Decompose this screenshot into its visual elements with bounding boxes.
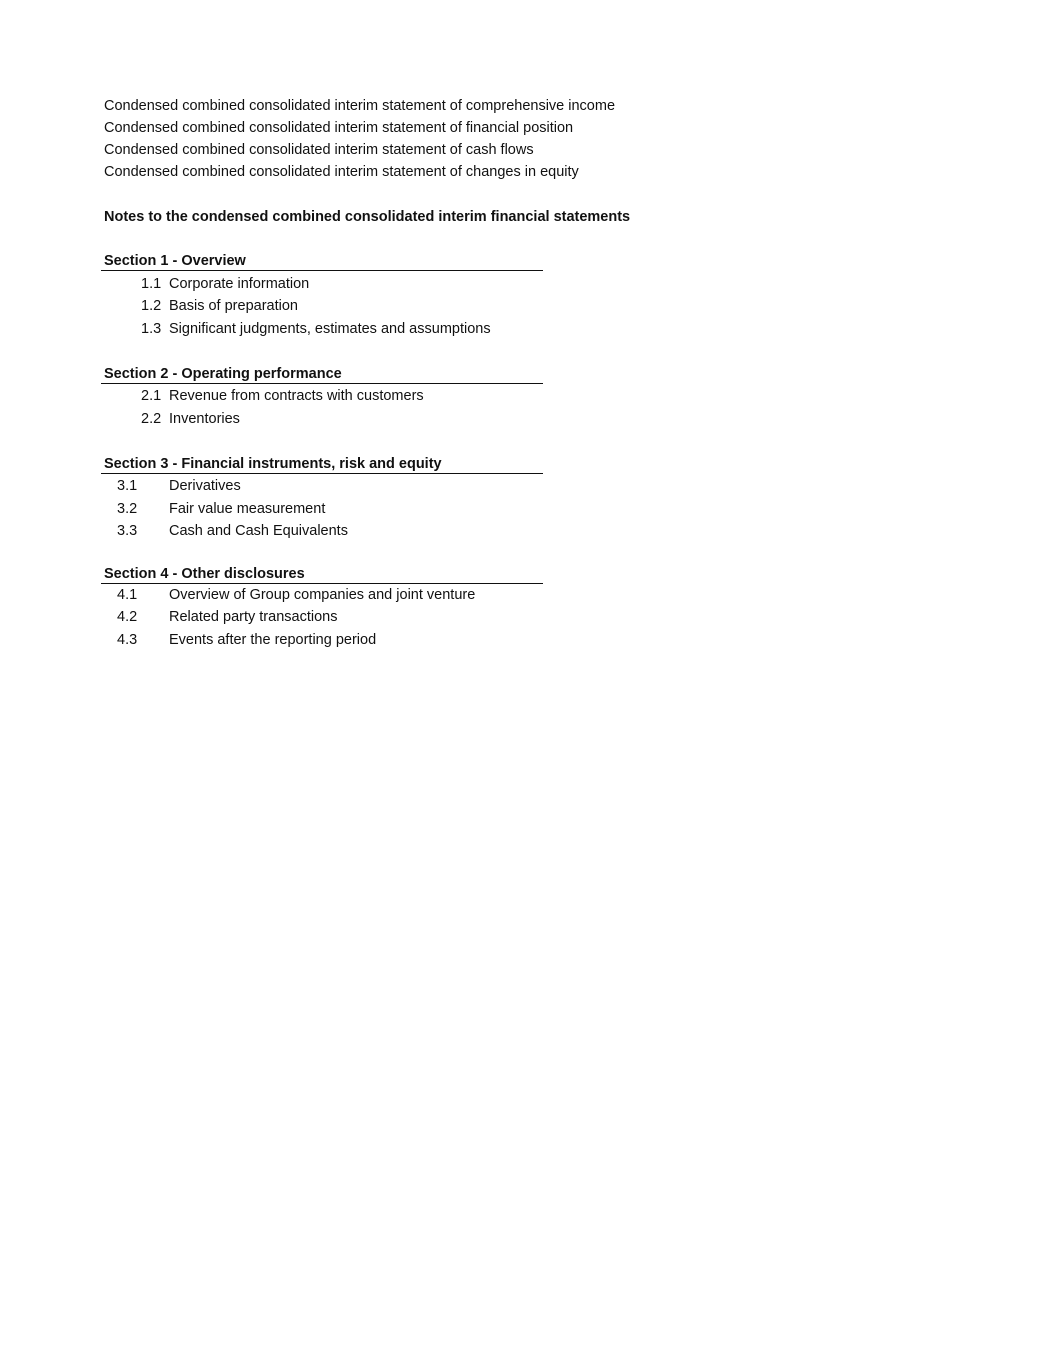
item-label: Corporate information xyxy=(169,275,309,293)
item-label: Derivatives xyxy=(169,477,241,495)
item-label: Cash and Cash Equivalents xyxy=(169,522,348,540)
item-number: 1.3 xyxy=(141,320,161,338)
notes-heading: Notes to the condensed combined consolid… xyxy=(104,208,630,226)
item-number: 3.1 xyxy=(117,477,137,495)
item-label: Related party transactions xyxy=(169,608,337,626)
item-label: Significant judgments, estimates and ass… xyxy=(169,320,491,338)
item-number: 3.3 xyxy=(117,522,137,540)
item-number: 4.2 xyxy=(117,608,137,626)
section-title: Section 3 - Financial instruments, risk … xyxy=(101,456,543,473)
section-title: Section 2 - Operating performance xyxy=(101,366,543,383)
section-2-heading: Section 2 - Operating performance xyxy=(101,366,543,384)
statement-link-comprehensive-income[interactable]: Condensed combined consolidated interim … xyxy=(104,97,615,115)
item-number: 2.2 xyxy=(141,410,161,428)
statement-link-changes-in-equity[interactable]: Condensed combined consolidated interim … xyxy=(104,163,579,181)
item-label: Fair value measurement xyxy=(169,500,325,518)
item-number: 2.1 xyxy=(141,387,161,405)
section-4-heading: Section 4 - Other disclosures xyxy=(101,566,543,584)
item-label: Revenue from contracts with customers xyxy=(169,387,424,405)
section-3-heading: Section 3 - Financial instruments, risk … xyxy=(101,456,543,474)
section-title: Section 4 - Other disclosures xyxy=(101,566,543,583)
item-number: 1.1 xyxy=(141,275,161,293)
statement-link-cash-flows[interactable]: Condensed combined consolidated interim … xyxy=(104,141,534,159)
item-label: Overview of Group companies and joint ve… xyxy=(169,586,475,604)
section-1-heading: Section 1 - Overview xyxy=(101,253,543,271)
section-title: Section 1 - Overview xyxy=(101,253,543,270)
item-number: 3.2 xyxy=(117,500,137,518)
item-number: 4.3 xyxy=(117,631,137,649)
item-label: Events after the reporting period xyxy=(169,631,376,649)
item-label: Inventories xyxy=(169,410,240,428)
item-label: Basis of preparation xyxy=(169,297,298,315)
statement-link-financial-position[interactable]: Condensed combined consolidated interim … xyxy=(104,119,573,137)
item-number: 4.1 xyxy=(117,586,137,604)
item-number: 1.2 xyxy=(141,297,161,315)
